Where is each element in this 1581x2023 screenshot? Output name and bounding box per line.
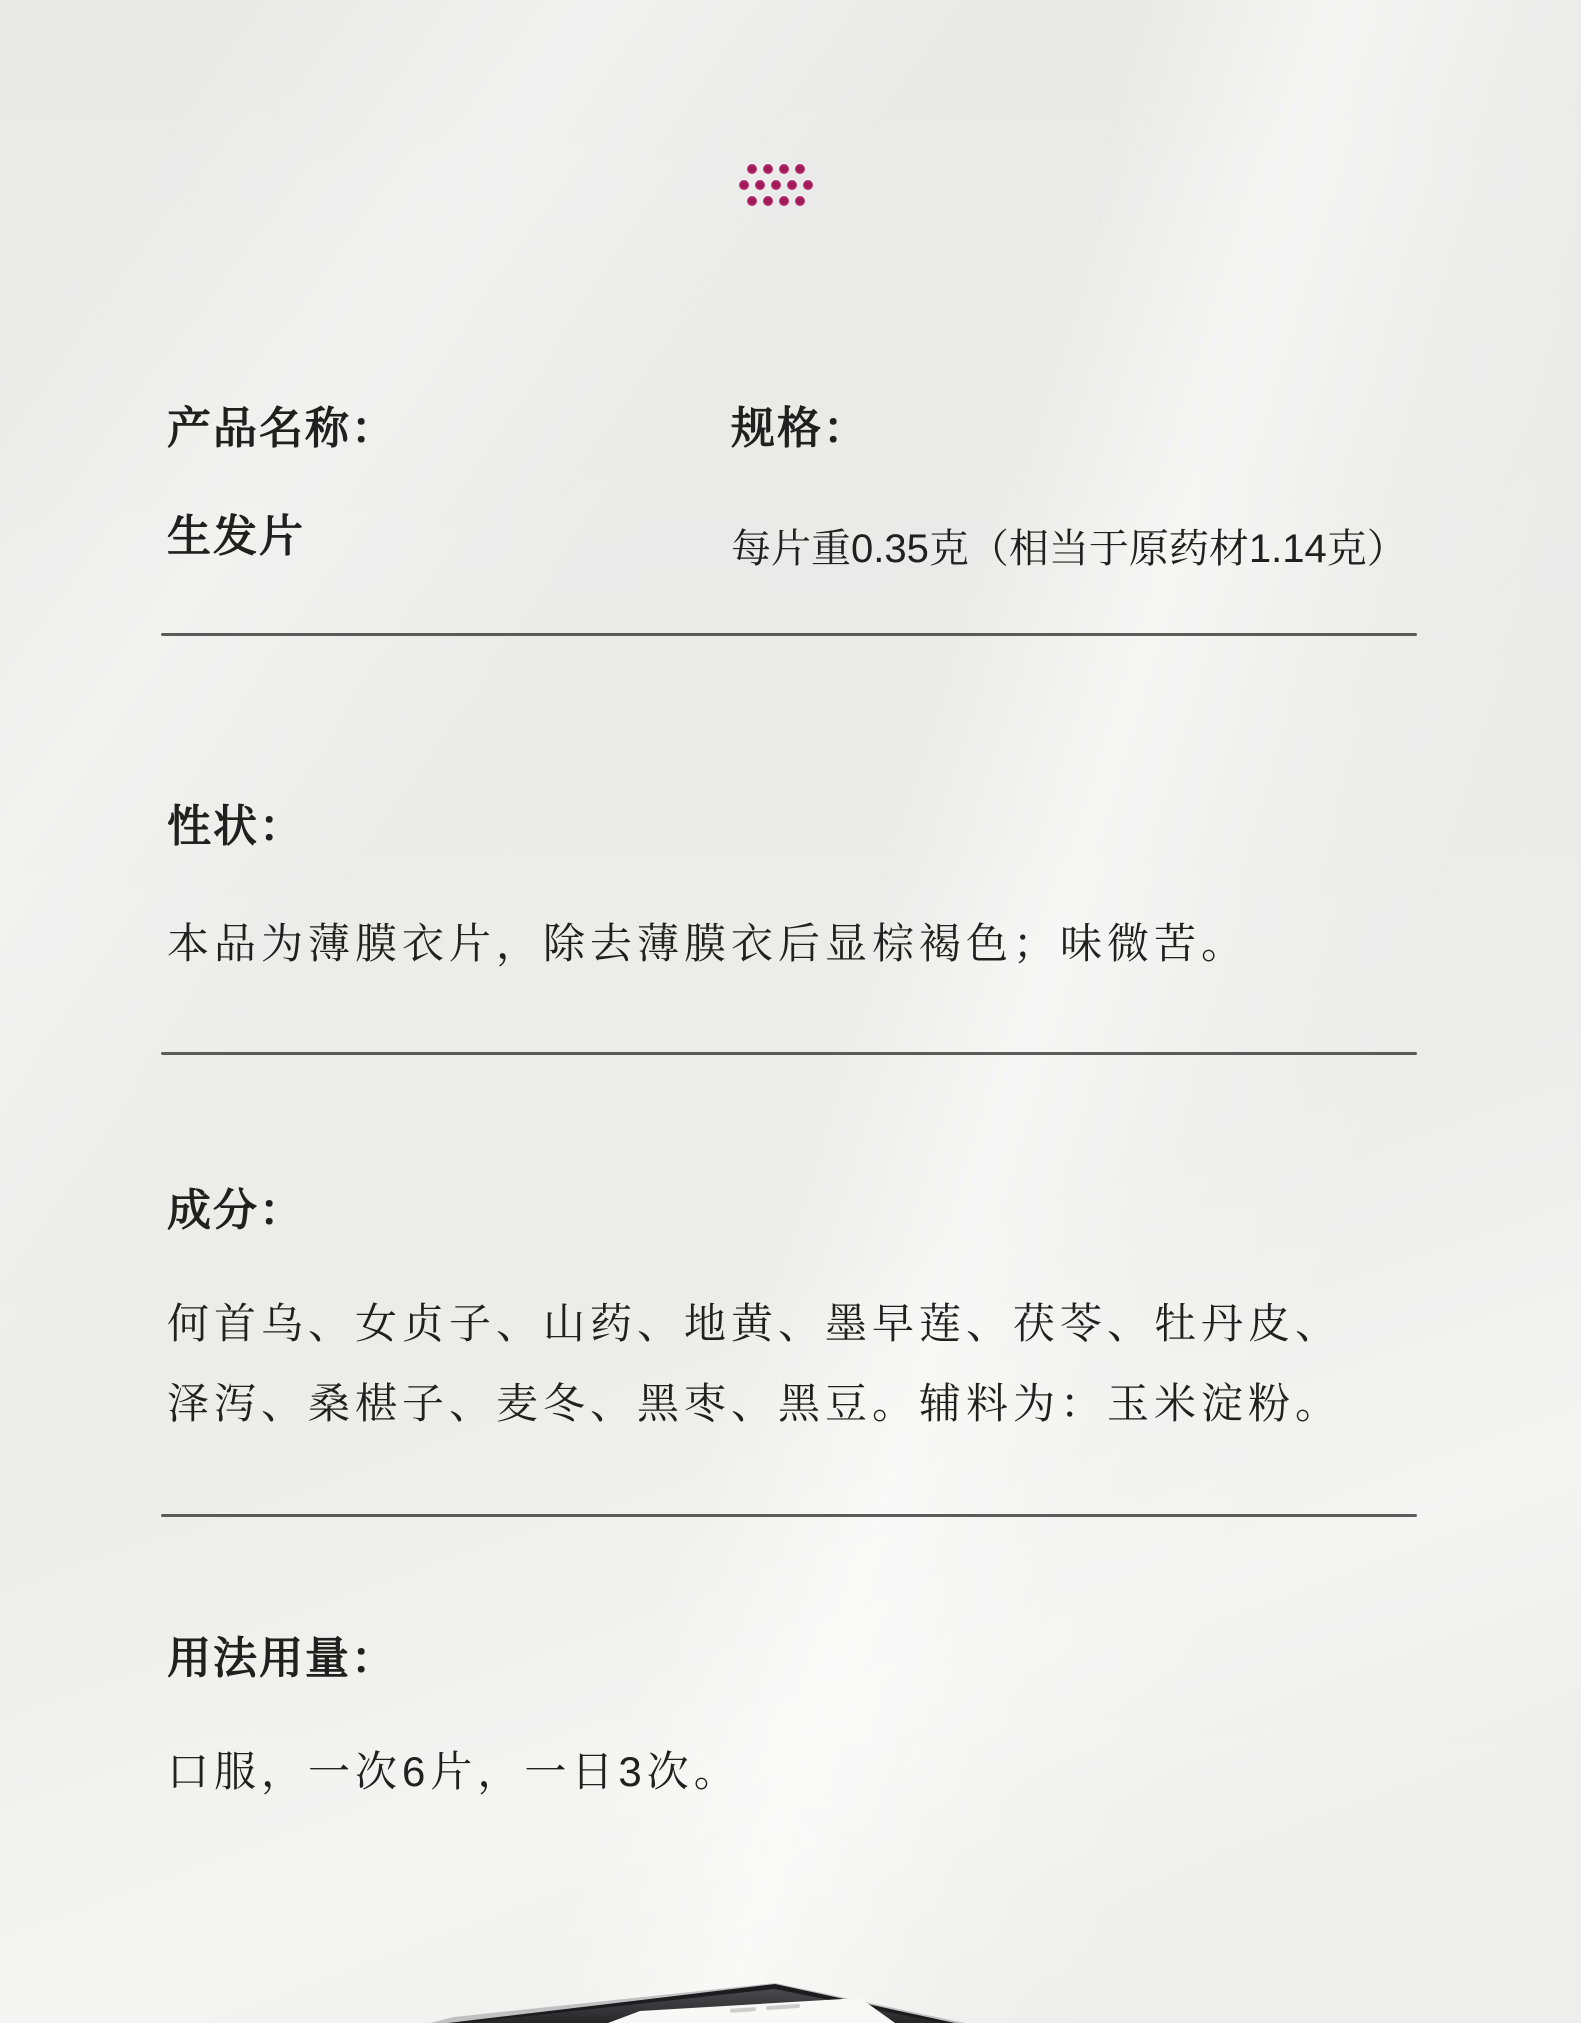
logo-dot <box>755 180 765 190</box>
properties-value: 本品为薄膜衣片，除去薄膜衣后显棕褐色；味微苦。 <box>167 918 1248 971</box>
logo-dot-row <box>747 164 805 174</box>
logo-dot <box>795 164 805 174</box>
logo-dot <box>795 196 805 206</box>
spec-value: 每片重0.35克（相当于原药材1.14克） <box>731 517 1407 574</box>
product-box-photo <box>430 1982 1110 2023</box>
logo-dot <box>771 180 781 190</box>
product-description-page: 产品名称： 规格： 生发片 每片重0.35克（相当于原药材1.14克） 性状： … <box>0 0 1581 2023</box>
logo-dot-row <box>747 196 805 206</box>
product-name-label: 产品名称： <box>167 404 397 455</box>
logo-dot <box>747 164 757 174</box>
divider-line <box>161 1514 1417 1517</box>
dosage-label: 用法用量： <box>167 1634 397 1685</box>
ingredients-line-1: 何首乌、女贞子、山药、地黄、墨早莲、茯苓、牡丹皮、 <box>167 1298 1342 1351</box>
logo-dot <box>747 196 757 206</box>
logo-dot <box>739 180 749 190</box>
ingredients-line-2: 泽泻、桑椹子、麦冬、黑枣、黑豆。辅料为：玉米淀粉。 <box>167 1378 1342 1431</box>
ingredients-label: 成分： <box>167 1186 305 1237</box>
dosage-value: 口服，一次6片，一日3次。 <box>167 1746 741 1799</box>
product-box-top-image <box>430 1982 1110 2023</box>
logo-dot-row <box>739 180 813 190</box>
logo-dot <box>763 196 773 206</box>
divider-line <box>161 1052 1417 1055</box>
spec-label: 规格： <box>731 404 869 455</box>
dots-logo <box>714 164 838 206</box>
properties-label: 性状： <box>167 802 305 853</box>
logo-dot <box>763 164 773 174</box>
logo-dot <box>779 164 789 174</box>
logo-dot <box>779 196 789 206</box>
divider-line <box>161 633 1417 636</box>
logo-dot <box>803 180 813 190</box>
product-name-value: 生发片 <box>167 512 305 563</box>
logo-dot <box>787 180 797 190</box>
